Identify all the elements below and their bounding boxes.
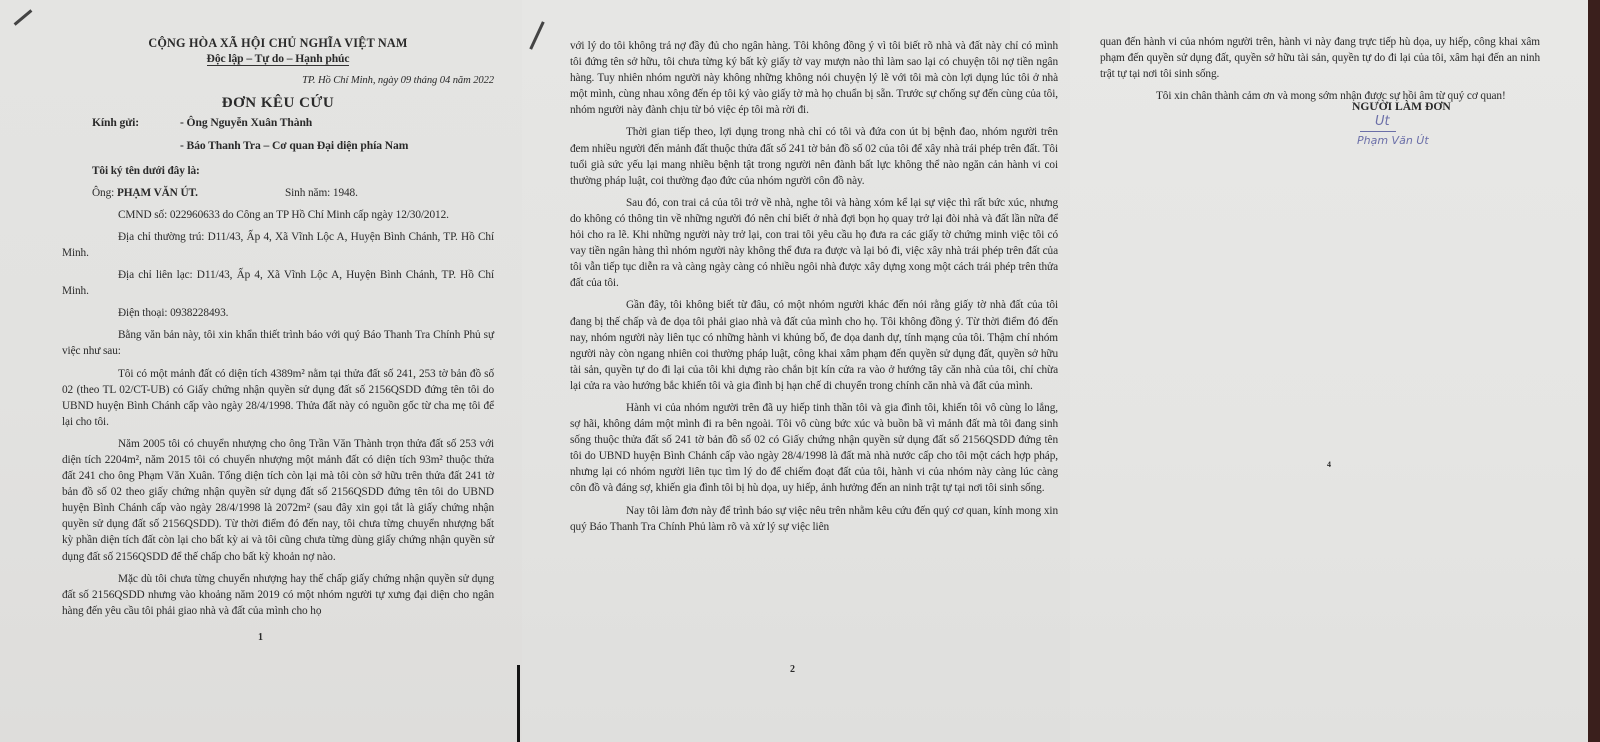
paragraph: Sau đó, con trai cả của tôi trở về nhà, … <box>570 195 1058 292</box>
paragraph: với lý do tôi không trả nợ đầy đủ cho ng… <box>570 38 1058 118</box>
name-prefix: Ông: <box>92 185 114 201</box>
pencil-mark <box>529 21 544 49</box>
paragraph: Bằng văn bản này, tôi xin khẩn thiết trì… <box>62 327 494 359</box>
recipient-row-2: - Báo Thanh Tra – Cơ quan Đại diện phía … <box>62 138 494 154</box>
paragraph: Hành vi của nhóm người trên đã uy hiếp t… <box>570 400 1058 497</box>
paragraph: quan đến hành vi của nhóm người trên, hà… <box>1100 34 1540 82</box>
page-edge <box>517 665 520 742</box>
paragraph: Năm 2005 tôi có chuyển nhượng cho ông Tr… <box>62 436 494 565</box>
id-card: CMND số: 022960633 do Công an TP Hồ Chí … <box>62 207 494 223</box>
document-page-2: với lý do tôi không trả nợ đầy đủ cho ng… <box>522 0 1070 742</box>
paragraph: Tôi có một mảnh đất có diện tích 4389m² … <box>62 366 494 430</box>
place-date: TP. Hồ Chí Minh, ngày 09 tháng 04 năm 20… <box>62 73 494 89</box>
signature-mark: Ut <box>1375 114 1390 129</box>
background-surface <box>1588 0 1600 742</box>
page-number: 1 <box>258 632 263 643</box>
signer-title: NGƯỜI LÀM ĐƠN <box>1352 100 1451 113</box>
paragraph: Tôi xin chân thành cảm ơn và mong sớm nh… <box>1100 88 1540 104</box>
page-3-content: quan đến hành vi của nhóm người trên, hà… <box>1100 34 1540 110</box>
recipient-1: - Ông Nguyễn Xuân Thành <box>180 115 312 131</box>
paragraph: Mặc dù tôi chưa từng chuyển nhượng hay t… <box>62 571 494 619</box>
recipient-row-1: Kính gửi: - Ông Nguyễn Xuân Thành <box>62 115 494 131</box>
paragraph: Nay tôi làm đơn này để trình báo sự việc… <box>570 503 1058 535</box>
signature-name: Phạm Văn Út <box>1357 134 1429 147</box>
recipient-2: - Báo Thanh Tra – Cơ quan Đại diện phía … <box>180 138 408 154</box>
paragraph: Thời gian tiếp theo, lợi dụng trong nhà … <box>570 124 1058 188</box>
document-page-3: quan đến hành vi của nhóm người trên, hà… <box>1070 0 1590 742</box>
petitioner-name: PHẠM VĂN ÚT. <box>117 185 267 201</box>
phone: Điện thoại: 0938228493. <box>62 305 494 321</box>
motto: Độc lập – Tự do – Hạnh phúc <box>62 51 494 67</box>
page-1-content: CỘNG HÒA XÃ HỘI CHỦ NGHĨA VIỆT NAM Độc l… <box>62 35 494 625</box>
page-number: 2 <box>790 664 795 675</box>
page-number: 4 <box>1327 460 1331 469</box>
document-page-1: CỘNG HÒA XÃ HỘI CHỦ NGHĨA VIỆT NAM Độc l… <box>0 0 522 742</box>
page-2-content: với lý do tôi không trả nợ đầy đủ cho ng… <box>570 38 1058 541</box>
contact-address: Địa chỉ liên lạc: D11/43, Ấp 4, Xã Vĩnh … <box>62 267 494 299</box>
name-row: Ông: PHẠM VĂN ÚT. Sinh năm: 1948. <box>62 185 494 201</box>
permanent-address: Địa chỉ thường trú: D11/43, Ấp 4, Xã Vĩn… <box>62 229 494 261</box>
salutation-label: Kính gửi: <box>62 115 180 131</box>
paragraph: Gần đây, tôi không biết từ đâu, có một n… <box>570 297 1058 394</box>
nation-header: CỘNG HÒA XÃ HỘI CHỦ NGHĨA VIỆT NAM <box>62 35 494 51</box>
document-title: ĐƠN KÊU CỨU <box>62 95 494 111</box>
signature-stroke <box>1360 131 1396 132</box>
pencil-mark <box>14 9 33 25</box>
birth-year: Sinh năm: 1948. <box>285 185 358 201</box>
intro-line: Tôi ký tên dưới đây là: <box>62 163 494 179</box>
